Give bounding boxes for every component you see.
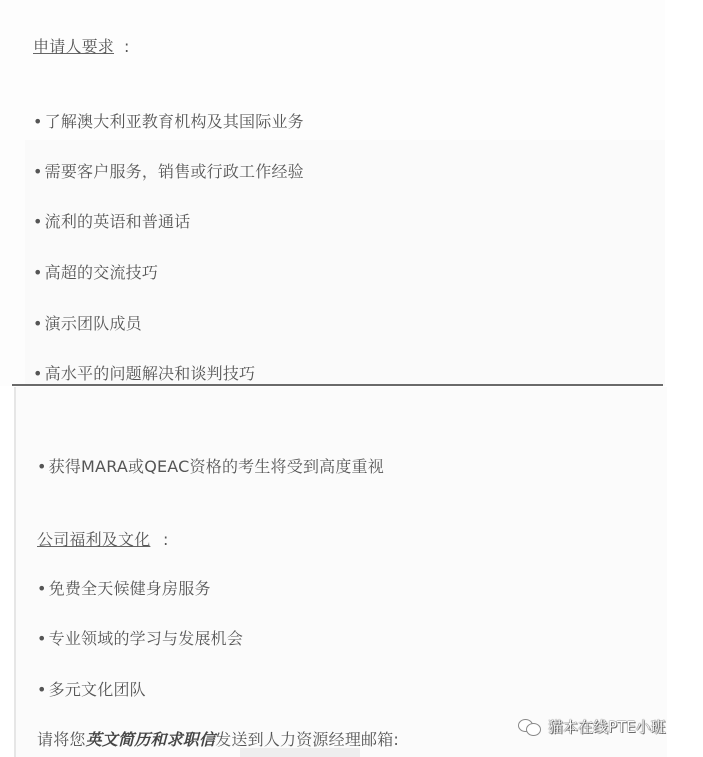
panel-divider [12, 384, 663, 386]
benefit-item: 多元文化团队 [37, 680, 146, 700]
benefits-heading: 公司福利及文化 [37, 530, 150, 550]
wechat-icon [518, 718, 542, 736]
benefit-item: 专业领域的学习与发展机会 [37, 629, 243, 649]
requirement-item: 流利的英语和普通话 [33, 212, 190, 232]
bottom-screenshot-panel [14, 387, 667, 757]
requirements-heading-colon: : [124, 37, 130, 57]
apply-prefix: 请将您 [37, 730, 86, 749]
benefits-heading-colon: : [163, 530, 169, 550]
cropped-bottom-artifact [240, 748, 360, 757]
requirements-heading: 申请人要求 [33, 37, 114, 57]
apply-instruction: 请将您英文简历和求职信发送到人力资源经理邮箱: [37, 730, 399, 750]
requirement-item: 高水平的问题解决和谈判技巧 [33, 364, 255, 384]
benefit-item: 免费全天候健身房服务 [37, 579, 211, 599]
requirement-item: 了解澳大利亚教育机构及其国际业务 [33, 112, 304, 132]
watermark: 猫本在线PTE小班 [518, 716, 666, 737]
requirement-item: 演示团队成员 [33, 314, 142, 334]
watermark-text: 猫本在线PTE小班 [548, 716, 666, 737]
requirement-item: 高超的交流技巧 [33, 263, 158, 283]
requirement-item: 需要客户服务，销售或行政工作经验 [33, 162, 304, 182]
apply-suffix: 发送到人力资源经理邮箱: [215, 730, 399, 749]
requirement-item: 获得MARA或QEAC资格的考生将受到高度重视 [37, 457, 384, 477]
apply-emphasis: 英文简历和求职信 [86, 730, 216, 749]
cropped-text-line [40, 410, 280, 420]
